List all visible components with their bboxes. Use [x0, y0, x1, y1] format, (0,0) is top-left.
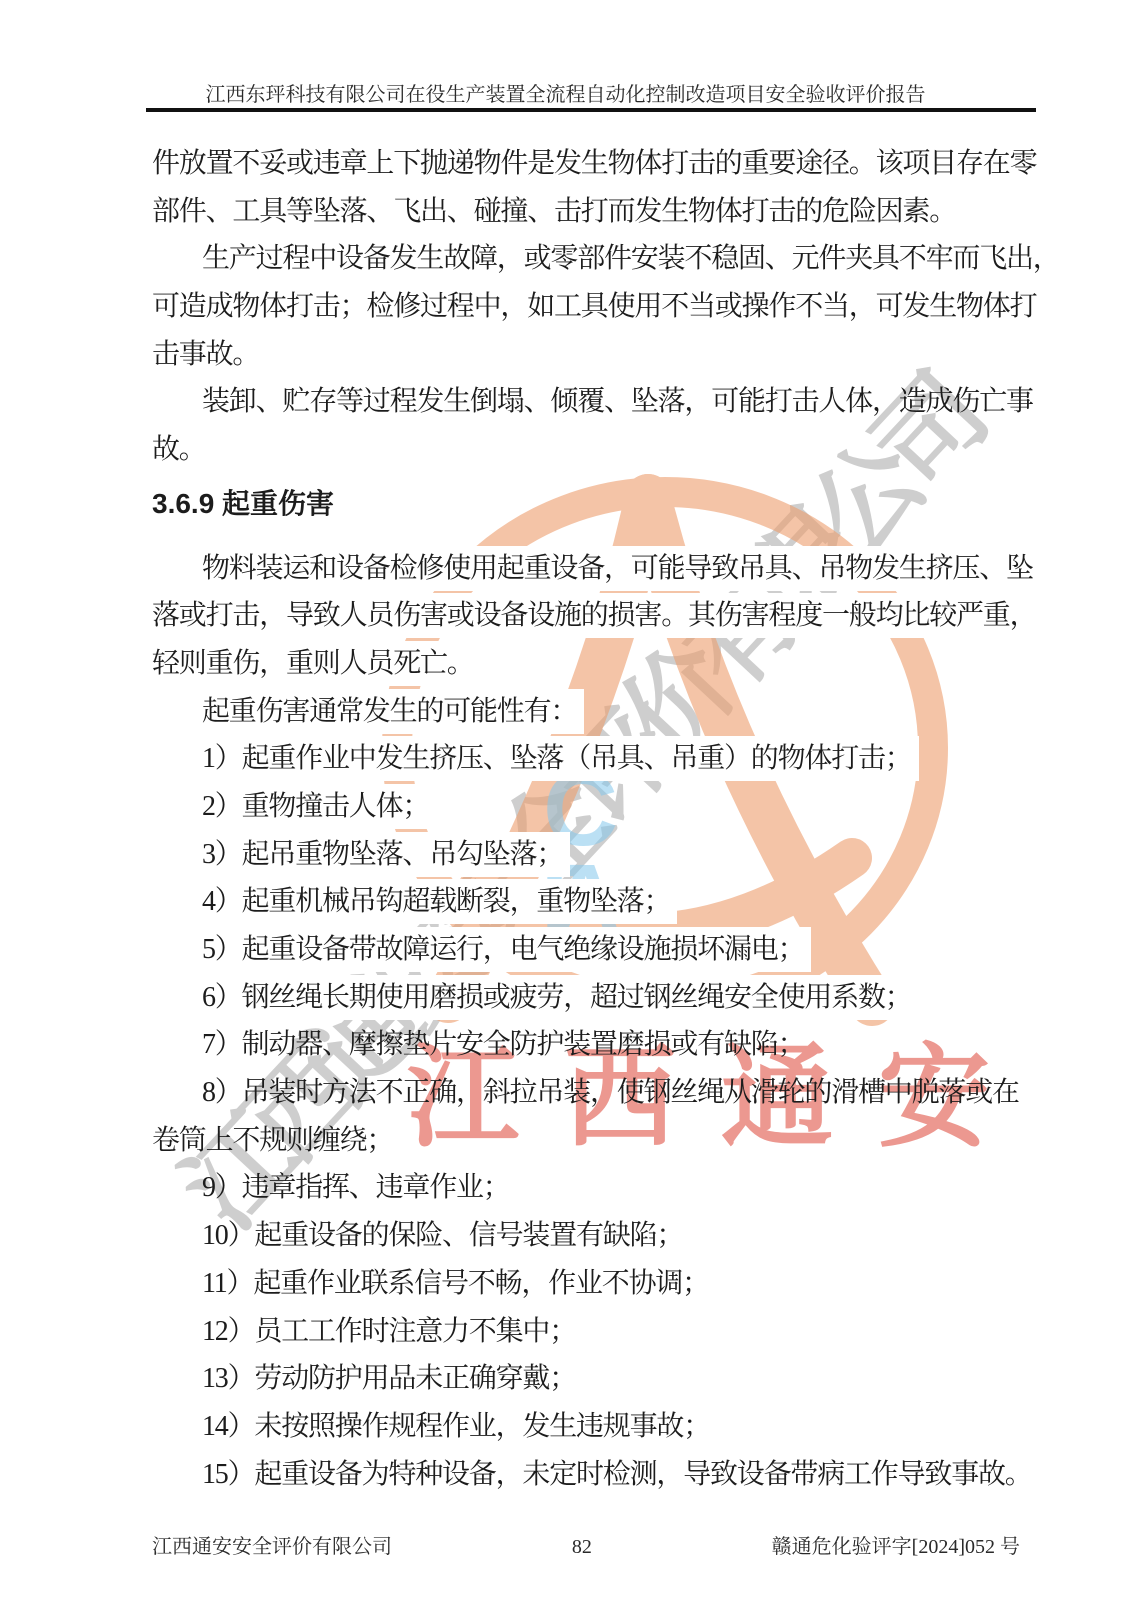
text-line: 14）未按照操作规程作业，发生违规事故； — [152, 1403, 1038, 1451]
text-line-content: 7）制动器、摩擦垫片安全防护装置磨损或有缺陷； — [202, 1029, 804, 1060]
text-line-content: 卷筒上不规则缠绕； — [152, 1125, 393, 1156]
text-line: 3）起吊重物坠落、吊勾坠落； — [152, 831, 1038, 879]
text-line: 9）违章指挥、违章作业； — [152, 1164, 1038, 1212]
text-line-content: 2）重物撞击人体； — [202, 791, 429, 822]
text-line-content: 落或打击，导致人员伤害或设备设施的损害。其伤害程度一般均比较严重， — [152, 600, 1036, 631]
text-line-content: 12）员工工作时注意力不集中； — [202, 1316, 576, 1347]
text-line-content: 11）起重作业联系信号不畅，作业不协调； — [202, 1268, 709, 1299]
text-line: 3.6.9 起重伤害 — [152, 480, 1038, 528]
text-line: 8）吊装时方法不正确，斜拉吊装，使钢丝绳从滑轮的滑槽中脱落或在 — [152, 1069, 1038, 1117]
text-line-content: 4）起重机械吊钩超载断裂，重物坠落； — [202, 886, 670, 917]
text-line-content: 14）未按照操作规程作业，发生违规事故； — [202, 1411, 710, 1442]
text-line: 起重伤害通常发生的可能性有： — [152, 688, 1038, 736]
text-line-content: 9）违章指挥、违章作业； — [202, 1172, 510, 1203]
text-line: 装卸、贮存等过程发生倒塌、倾覆、坠落，可能打击人体，造成伤亡事 — [152, 378, 1038, 426]
text-line: 12）员工工作时注意力不集中； — [152, 1308, 1038, 1356]
text-line-content: 生产过程中设备发生故障，或零部件安装不稳固、元件夹具不牢而飞出， — [202, 243, 1060, 274]
text-line-content: 物料装运和设备检修使用起重设备，可能导致吊具、吊物发生挤压、坠 — [202, 553, 1033, 584]
text-line: 10）起重设备的保险、信号装置有缺陷； — [152, 1212, 1038, 1260]
text-line-content: 6）钢丝绳长期使用磨损或疲劳，超过钢丝绳安全使用系数； — [202, 982, 912, 1013]
text-line-content: 可造成物体打击；检修过程中，如工具使用不当或操作不当，可发生物体打 — [152, 291, 1036, 322]
text-line: 击事故。 — [152, 331, 1038, 379]
text-line-content: 装卸、贮存等过程发生倒塌、倾覆、坠落，可能打击人体，造成伤亡事 — [202, 386, 1033, 417]
text-line-content: 10）起重设备的保险、信号装置有缺陷； — [202, 1220, 683, 1251]
text-line: 1）起重作业中发生挤压、坠落（吊具、吊重）的物体打击； — [152, 735, 1038, 783]
text-line: 物料装运和设备检修使用起重设备，可能导致吊具、吊物发生挤压、坠 — [152, 545, 1038, 593]
footer-page-number: 82 — [572, 1536, 592, 1559]
text-line-content: 起重伤害通常发生的可能性有： — [202, 696, 577, 727]
text-line: 可造成物体打击；检修过程中，如工具使用不当或操作不当，可发生物体打 — [152, 283, 1038, 331]
text-line-content: 8）吊装时方法不正确，斜拉吊装，使钢丝绳从滑轮的滑槽中脱落或在 — [202, 1077, 1019, 1108]
text-line: 部件、工具等坠落、飞出、碰撞、击打而发生物体打击的危险因素。 — [152, 188, 1038, 236]
text-line-content: 部件、工具等坠落、飞出、碰撞、击打而发生物体打击的危险因素。 — [152, 196, 956, 227]
text-line: 故。 — [152, 426, 1038, 474]
footer-doc-number: 赣通危化验评字[2024]052 号 — [772, 1530, 1020, 1559]
text-line: 生产过程中设备发生故障，或零部件安装不稳固、元件夹具不牢而飞出， — [152, 235, 1038, 283]
text-line: 件放置不妥或违章上下抛递物件是发生物体打击的重要途径。该项目存在零 — [152, 140, 1038, 188]
text-line: 卷筒上不规则缠绕； — [152, 1117, 1038, 1165]
text-line-content: 3.6.9 起重伤害 — [152, 488, 334, 519]
header-rule — [146, 108, 1036, 112]
text-line: 13）劳动防护用品未正确穿戴； — [152, 1355, 1038, 1403]
text-line: 15）起重设备为特种设备，未定时检测，导致设备带病工作导致事故。 — [152, 1451, 1038, 1499]
text-line-content: 轻则重伤，重则人员死亡。 — [152, 648, 474, 679]
page-header: 江西东玶科技有限公司在役生产装置全流程自动化控制改造项目安全验收评价报告 — [0, 78, 1131, 107]
text-line-content: 5）起重设备带故障运行，电气绝缘设施损坏漏电； — [202, 934, 804, 965]
text-line-content: 3）起吊重物坠落、吊勾坠落； — [202, 839, 563, 870]
text-line: 7）制动器、摩擦垫片安全防护装置磨损或有缺陷； — [152, 1021, 1038, 1069]
header-title: 江西东玶科技有限公司在役生产装置全流程自动化控制改造项目安全验收评价报告 — [206, 84, 926, 106]
text-line-content: 件放置不妥或违章上下抛递物件是发生物体打击的重要途径。该项目存在零 — [152, 148, 1036, 179]
text-line-content: 13）劳动防护用品未正确穿戴； — [202, 1363, 576, 1394]
text-line: 轻则重伤，重则人员死亡。 — [152, 640, 1038, 688]
document-body: 件放置不妥或违章上下抛递物件是发生物体打击的重要途径。该项目存在零 部件、工具等… — [152, 140, 1038, 1498]
text-line-content: 故。 — [152, 434, 206, 465]
report-page: 江西通安安全评价有限公司 C TA 江西通安 江西东玶科技有限公司在役生产装置全… — [0, 0, 1131, 1600]
text-line: 6）钢丝绳长期使用磨损或疲劳，超过钢丝绳安全使用系数； — [152, 974, 1038, 1022]
text-line-content: 1）起重作业中发生挤压、坠落（吊具、吊重）的物体打击； — [202, 743, 912, 774]
text-line: 落或打击，导致人员伤害或设备设施的损害。其伤害程度一般均比较严重， — [152, 592, 1038, 640]
footer-company: 江西通安安全评价有限公司 — [152, 1530, 392, 1559]
text-line: 11）起重作业联系信号不畅，作业不协调； — [152, 1260, 1038, 1308]
text-line: 5）起重设备带故障运行，电气绝缘设施损坏漏电； — [152, 926, 1038, 974]
text-line: 4）起重机械吊钩超载断裂，重物坠落； — [152, 878, 1038, 926]
text-line-content: 击事故。 — [152, 339, 259, 370]
text-line: 2）重物撞击人体； — [152, 783, 1038, 831]
text-line-content: 15）起重设备为特种设备，未定时检测，导致设备带病工作导致事故。 — [202, 1459, 1032, 1490]
page-footer: 江西通安安全评价有限公司 82 赣通危化验评字[2024]052 号 — [152, 1530, 1020, 1559]
